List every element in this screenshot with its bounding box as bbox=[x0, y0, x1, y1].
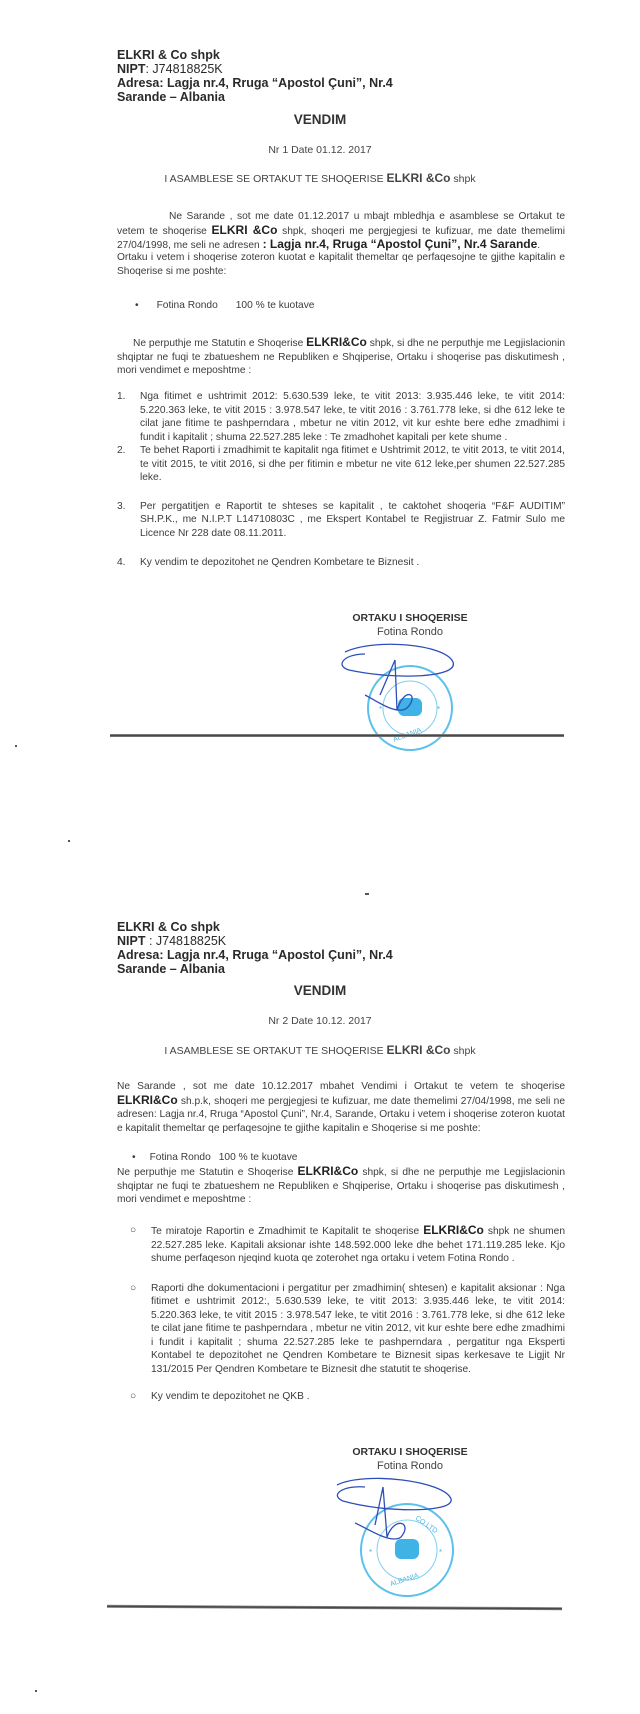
nipt-value: : J74818825K bbox=[145, 62, 222, 76]
company-name: ELKRI & Co shpk bbox=[117, 920, 220, 934]
address-label: Adresa bbox=[117, 76, 159, 90]
page-divider bbox=[110, 734, 564, 737]
signature-title: ORTAKU I SHOQERISE bbox=[310, 612, 510, 624]
shareholder-item: •Fotina Rondo100 % te kuotave bbox=[132, 1152, 297, 1163]
company-stamp-icon: * * ALBANIA CO LTD bbox=[335, 1475, 475, 1610]
city: Sarande – Albania bbox=[117, 90, 225, 104]
preamble-paragraph: Ne perputhje me Statutin e Shoqerise ELK… bbox=[117, 336, 565, 378]
document-title: VENDIM bbox=[0, 983, 640, 998]
shareholder-share: 100 % te kuotave bbox=[236, 300, 315, 311]
bullet-icon: • bbox=[135, 300, 139, 311]
circle-bullet-icon: ○ bbox=[130, 1224, 136, 1238]
decisions-list: ○ Te miratoje Raportin e Zmadhimit te Ka… bbox=[151, 1224, 565, 1404]
assembly-line: I ASAMBLESE SE ORTAKUT TE SHOQERISE ELKR… bbox=[0, 171, 640, 185]
decision-item: ○ Ky vendim te depozitohet ne QKB . bbox=[151, 1390, 565, 1404]
address-value: : Lagja nr.4, Rruga “Apostol Çuni”, Nr.4 bbox=[159, 948, 392, 962]
intro-paragraph: Ne Sarande , sot me date 01.12.2017 u mb… bbox=[117, 210, 565, 253]
nipt-value: : J74818825K bbox=[145, 934, 226, 948]
svg-text:ALBANIA: ALBANIA bbox=[389, 1572, 420, 1588]
company-name: ELKRI & Co shpk bbox=[117, 48, 220, 62]
decision-item: 3. Per pergatitjen e Raportit te shteses… bbox=[140, 500, 565, 541]
signatory-name: Fotina Rondo bbox=[310, 626, 510, 638]
decisions-list: 1. Nga fitimet e ushtrimit 2012: 5.630.5… bbox=[140, 390, 565, 570]
intro-paragraph: Ne Sarande , sot me date 10.12.2017 mbah… bbox=[117, 1080, 565, 1135]
address-label: Adresa bbox=[117, 948, 159, 962]
nipt-label: NIPT bbox=[117, 934, 145, 948]
nipt-label: NIPT bbox=[117, 62, 145, 76]
svg-text:CO LTD: CO LTD bbox=[414, 1515, 439, 1535]
capital-ownership-paragraph: Ortaku i vetem i shoqerise zoteron kuota… bbox=[117, 251, 565, 278]
decision-number-date: Nr 2 Date 10.12. 2017 bbox=[0, 1015, 640, 1027]
shareholder-name: Fotina Rondo bbox=[150, 1152, 211, 1163]
decision-number-date: Nr 1 Date 01.12. 2017 bbox=[0, 144, 640, 156]
city: Sarande – Albania bbox=[117, 962, 225, 976]
scan-speck bbox=[15, 745, 17, 747]
scan-speck bbox=[68, 840, 70, 842]
shareholder-share: 100 % te kuotave bbox=[219, 1152, 298, 1163]
company-stamp-icon: * * ALBANIA bbox=[335, 640, 475, 765]
signatory-name: Fotina Rondo bbox=[310, 1460, 510, 1472]
decision-item: 4. Ky vendim te depozitohet ne Qendren K… bbox=[140, 556, 565, 570]
svg-text:*: * bbox=[437, 705, 440, 714]
decision-item: 1. Nga fitimet e ushtrimit 2012: 5.630.5… bbox=[140, 390, 565, 444]
company-header: ELKRI & Co shpk NIPT : J74818825K Adresa… bbox=[117, 920, 393, 976]
scan-speck bbox=[365, 893, 369, 895]
scan-speck bbox=[35, 1690, 37, 1692]
svg-text:*: * bbox=[369, 1548, 372, 1557]
shareholder-name: Fotina Rondo bbox=[157, 300, 218, 311]
document-title: VENDIM bbox=[0, 112, 640, 127]
svg-text:*: * bbox=[379, 705, 382, 714]
signature-title: ORTAKU I SHOQERISE bbox=[310, 1446, 510, 1458]
bullet-icon: • bbox=[132, 1152, 136, 1163]
shareholder-item: •Fotina Rondo100 % te kuotave bbox=[135, 300, 314, 311]
address-value: : Lagja nr.4, Rruga “Apostol Çuni”, Nr.4 bbox=[159, 76, 392, 90]
assembly-line: I ASAMBLESE SE ORTAKUT TE SHOQERISE ELKR… bbox=[0, 1043, 640, 1057]
preamble-paragraph: Ne perputhje me Statutin e Shoqerise ELK… bbox=[117, 1165, 565, 1207]
decision-item: ○ Raporti dhe dokumentacioni i pergatitu… bbox=[151, 1282, 565, 1377]
decision-item: ○ Te miratoje Raportin e Zmadhimit te Ka… bbox=[151, 1224, 565, 1266]
company-header: ELKRI & Co shpk NIPT: J74818825K Adresa:… bbox=[117, 48, 393, 104]
decision-item: 2. Te behet Raporti i zmadhimit te kapit… bbox=[140, 444, 565, 485]
circle-bullet-icon: ○ bbox=[130, 1390, 136, 1404]
svg-text:*: * bbox=[439, 1548, 442, 1557]
circle-bullet-icon: ○ bbox=[130, 1282, 136, 1296]
